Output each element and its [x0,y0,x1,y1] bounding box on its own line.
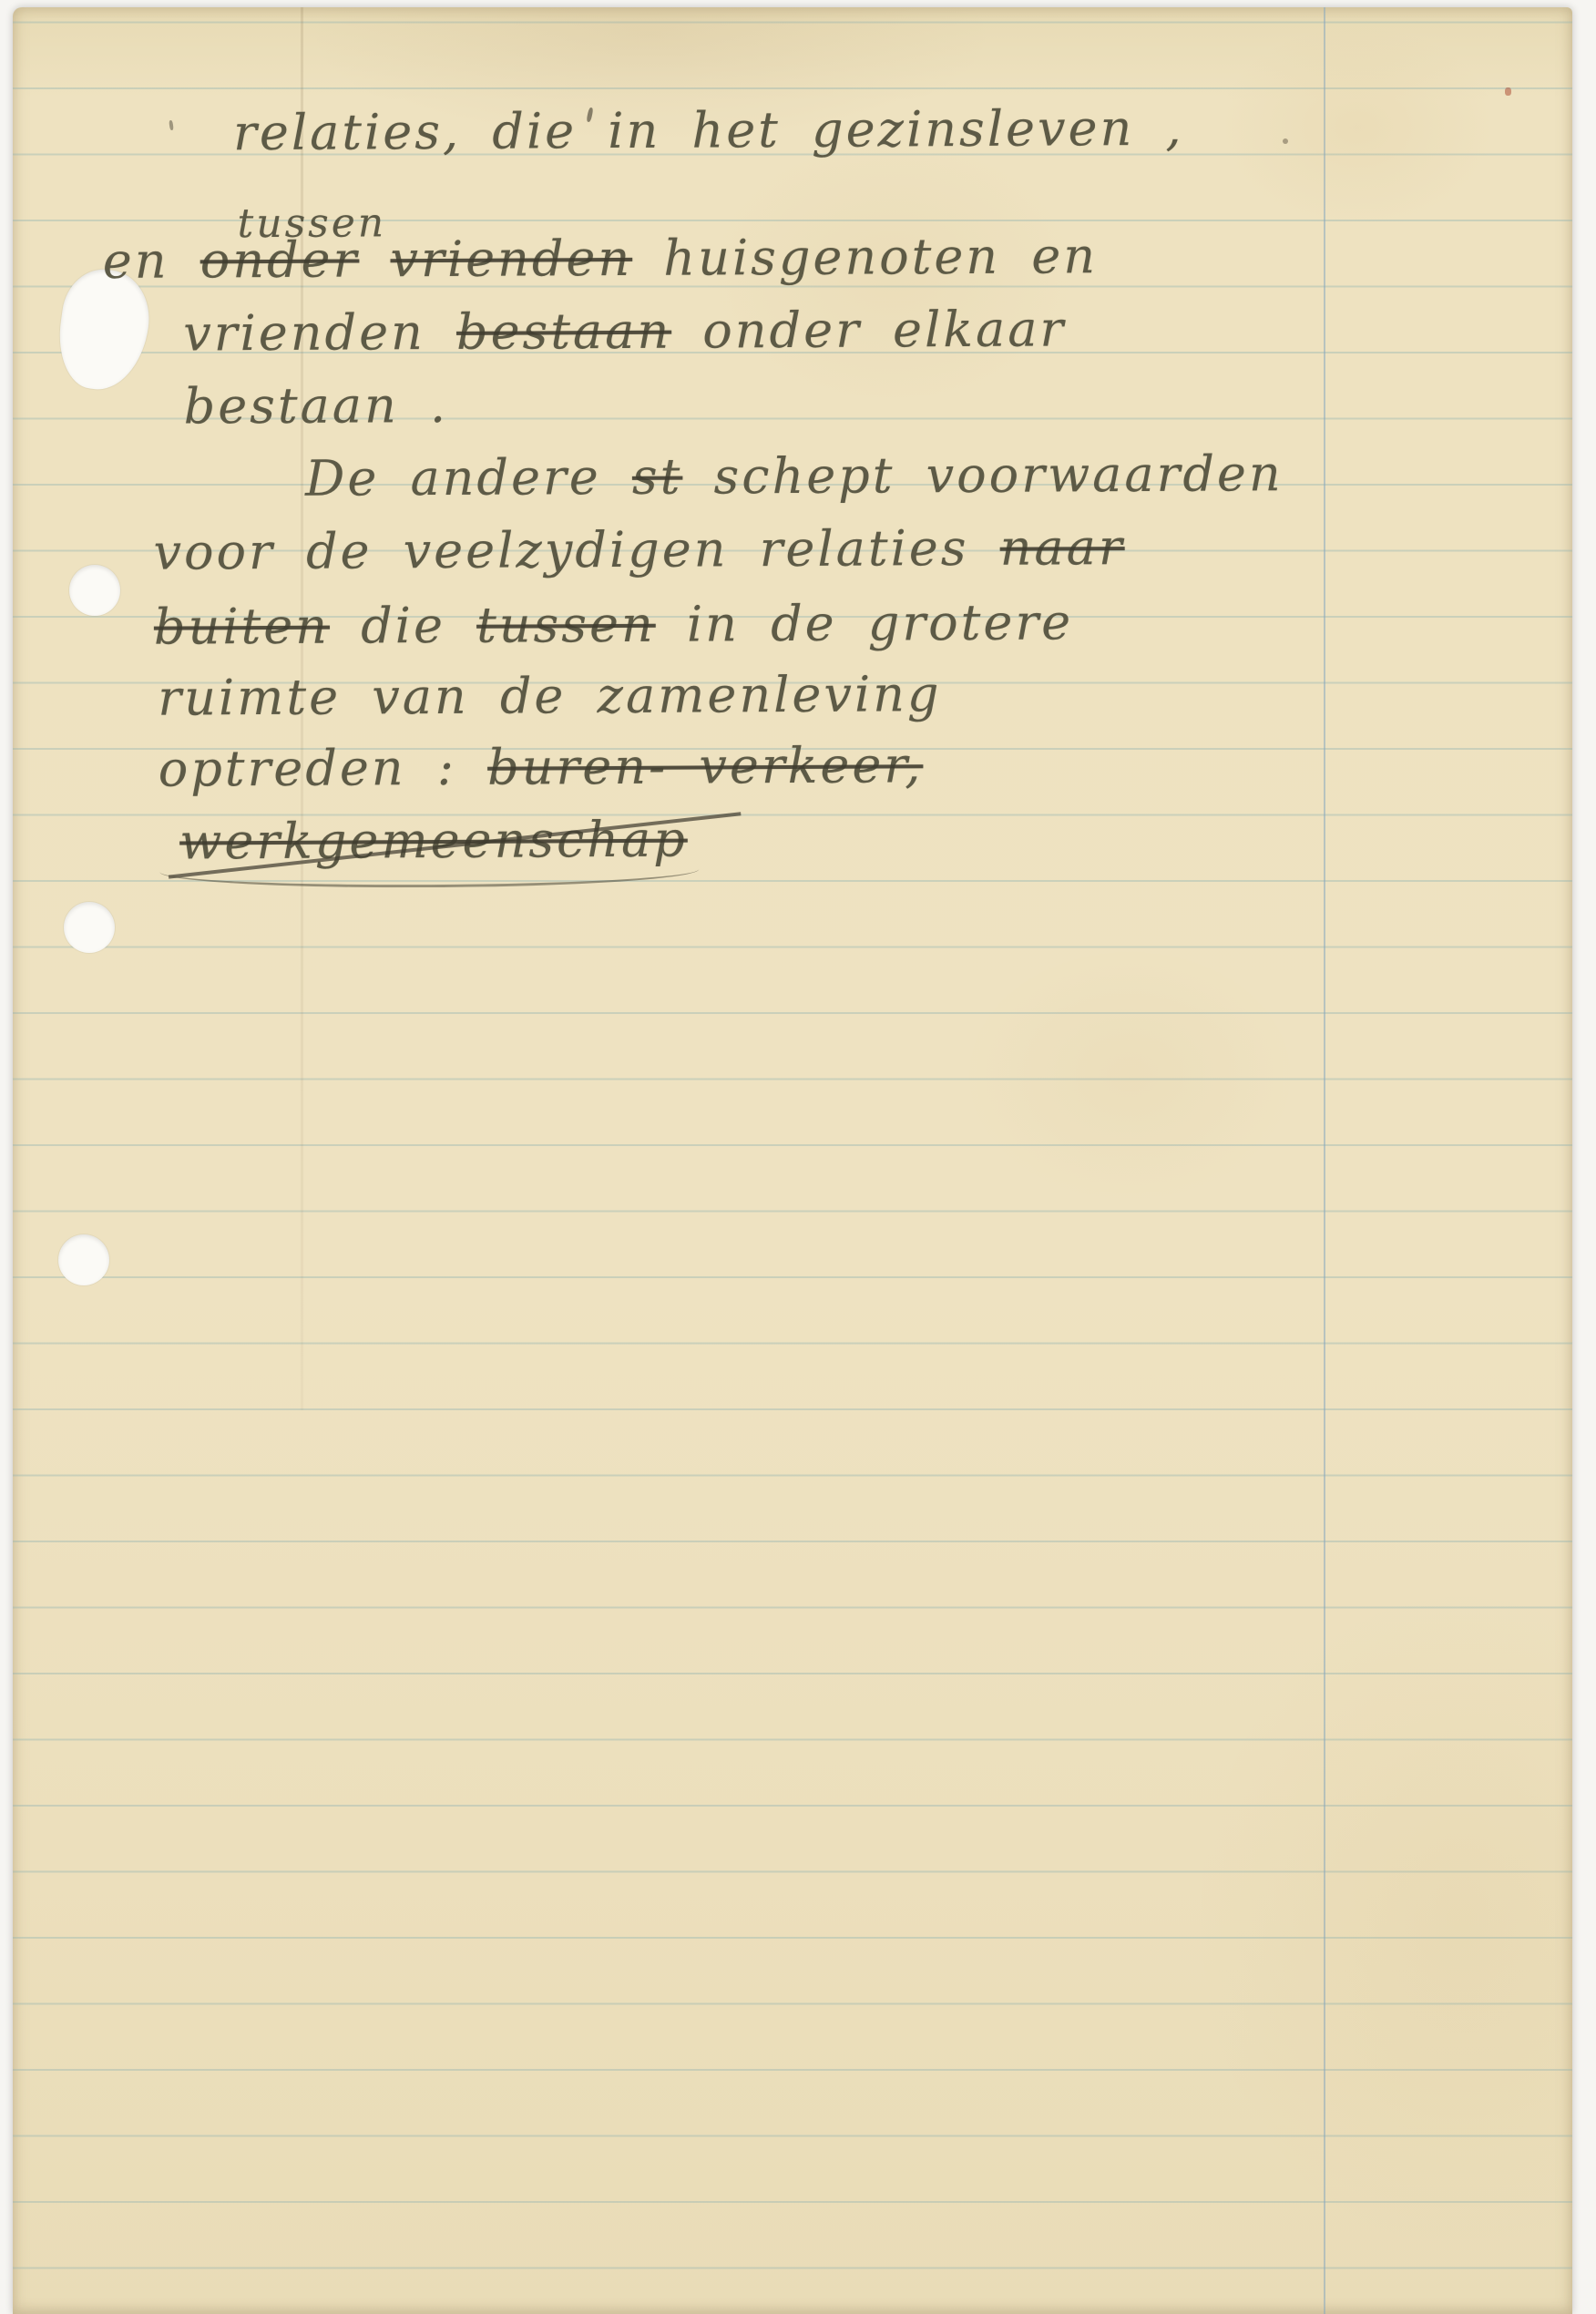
handwritten-text: relaties, die in het gezinsleven , [233,99,1184,161]
struck-word: naar [1000,518,1125,577]
struck-word: vrienden [390,230,632,288]
handwritten-text: onder elkaar [671,300,1066,359]
struck-word: st [632,448,683,506]
struck-word: onder [200,230,360,289]
handwritten-text: en [103,231,200,290]
handwriting-layer: relaties, die in het gezinsleven ,tussen… [6,4,1578,2314]
struck-word: tussen [476,596,656,654]
handwritten-text [359,230,391,288]
notebook-page: relaties, die in het gezinsleven ,tussen… [13,7,1572,2314]
struck-word: werkgemeenschap [179,811,688,871]
handwritten-text: ruimte van de zamenleving [158,665,941,727]
handwritten-text: De andere [305,448,632,507]
handwritten-line: bestaan . [183,374,448,439]
handwritten-line: buiten die tussen in de grotere [154,590,1074,659]
handwritten-line: ruimte van de zamenleving [158,662,942,731]
handwritten-text: schept voorwaarden [682,445,1284,505]
scan-background: relaties, die in het gezinsleven ,tussen… [0,0,1596,2314]
handwritten-text: in de grotere [656,593,1074,652]
handwritten-text: optreden : [159,739,488,798]
handwritten-line: relaties, die in het gezinsleven , [233,97,1184,165]
handwritten-text: bestaan . [183,376,448,435]
struck-word: bestaan [456,302,671,361]
struck-word: buiten [154,598,330,656]
handwritten-text: die [330,597,476,655]
handwritten-line: optreden : buren- verkeer, [159,733,924,801]
handwritten-line: vrienden bestaan onder elkaar [183,297,1066,365]
struck-word: buren- verkeer, [487,736,924,796]
handwritten-text: voor de veelzydigen relaties [153,519,1000,581]
handwritten-text: huisgenoten en [632,227,1098,287]
handwritten-line: en onder vrienden huisgenoten en [103,224,1099,293]
handwritten-line: werkgemeenschap [179,808,688,875]
handwritten-text: vrienden [183,303,456,363]
handwritten-line: De andere st schept voorwaarden [305,442,1284,511]
handwritten-line: voor de veelzydigen relaties naar [153,516,1125,585]
